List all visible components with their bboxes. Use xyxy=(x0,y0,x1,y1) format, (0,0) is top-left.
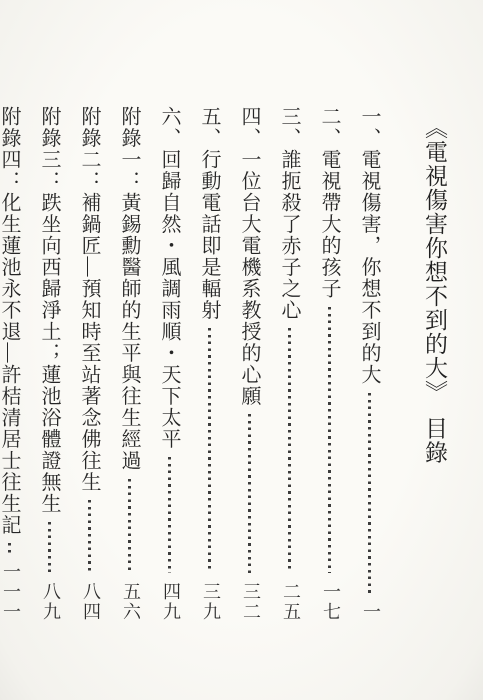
toc-item: 二、電視帶大的孩子 一七 xyxy=(315,106,344,622)
toc-item: 三、誰扼殺了赤子之心 二五 xyxy=(275,106,304,622)
toc-item: 附錄四：化生蓮池永不退—許桔清居士往生記 一一一 xyxy=(0,106,24,622)
dotted-leader xyxy=(368,393,371,594)
toc-item-label: 三、誰扼殺了赤子之心 xyxy=(275,106,304,321)
toc-item-label: 附錄一：黃錫勳醫師的生平與往生經過 xyxy=(115,106,144,472)
dotted-leader xyxy=(208,328,211,573)
dotted-leader xyxy=(328,307,331,574)
dotted-leader xyxy=(248,414,251,573)
toc-item-label: 二、電視帶大的孩子 xyxy=(315,106,344,300)
table-of-contents: 《電視傷害你想不到的大》 目錄 一、電視傷害，你想不到的大 一 二、電視帶大的孩… xyxy=(0,106,451,622)
toc-item-label: 附錄三：跌坐向西歸淨土；蓮池浴體證無生 xyxy=(35,106,64,515)
toc-item-label: 四、一位台大電機系教授的心願 xyxy=(235,106,264,407)
toc-item-page-number: 三二 xyxy=(235,582,264,622)
dotted-leader xyxy=(128,479,131,574)
toc-item-page-number: 三九 xyxy=(195,582,224,622)
dotted-leader xyxy=(88,500,91,573)
dotted-leader xyxy=(48,522,51,574)
toc-item: 六、回歸自然・風調雨順・天下太平 四九 xyxy=(155,106,184,622)
toc-item: 五、行動電話即是輻射 三九 xyxy=(195,106,224,622)
dotted-leader xyxy=(288,328,291,573)
toc-item-label: 一、電視傷害，你想不到的大 xyxy=(355,106,384,386)
toc-item-page-number: 八四 xyxy=(75,582,104,622)
toc-item-page-number: 二五 xyxy=(275,582,304,622)
toc-item: 四、一位台大電機系教授的心願 三二 xyxy=(235,106,264,622)
toc-item: 一、電視傷害，你想不到的大 一 xyxy=(355,106,384,622)
toc-item-page-number: 五六 xyxy=(115,582,144,622)
toc-item-label: 六、回歸自然・風調雨順・天下太平 xyxy=(155,106,184,450)
toc-item-page-number: 八九 xyxy=(35,582,64,622)
toc-item: 附錄一：黃錫勳醫師的生平與往生經過 五六 xyxy=(115,106,144,622)
toc-item: 附錄三：跌坐向西歸淨土；蓮池浴體證無生 八九 xyxy=(35,106,64,622)
dotted-leader xyxy=(8,543,11,553)
toc-item-page-number: 四九 xyxy=(155,582,184,622)
toc-item-label: 附錄二：補鍋匠—預知時至站著念佛往生 xyxy=(75,106,104,493)
toc-item-page-number: 一 xyxy=(355,602,384,622)
toc-item-label: 五、行動電話即是輻射 xyxy=(195,106,224,321)
dotted-leader xyxy=(168,457,171,573)
toc-item: 附錄二：補鍋匠—預知時至站著念佛往生 八四 xyxy=(75,106,104,622)
toc-item-page-number: 一一一 xyxy=(0,562,24,622)
page-title: 《電視傷害你想不到的大》 目錄 xyxy=(418,106,451,632)
toc-item-page-number: 一七 xyxy=(315,582,344,622)
toc-item-label: 附錄四：化生蓮池永不退—許桔清居士往生記 xyxy=(0,106,24,536)
book-page: 《電視傷害你想不到的大》 目錄 一、電視傷害，你想不到的大 一 二、電視帶大的孩… xyxy=(0,0,483,700)
